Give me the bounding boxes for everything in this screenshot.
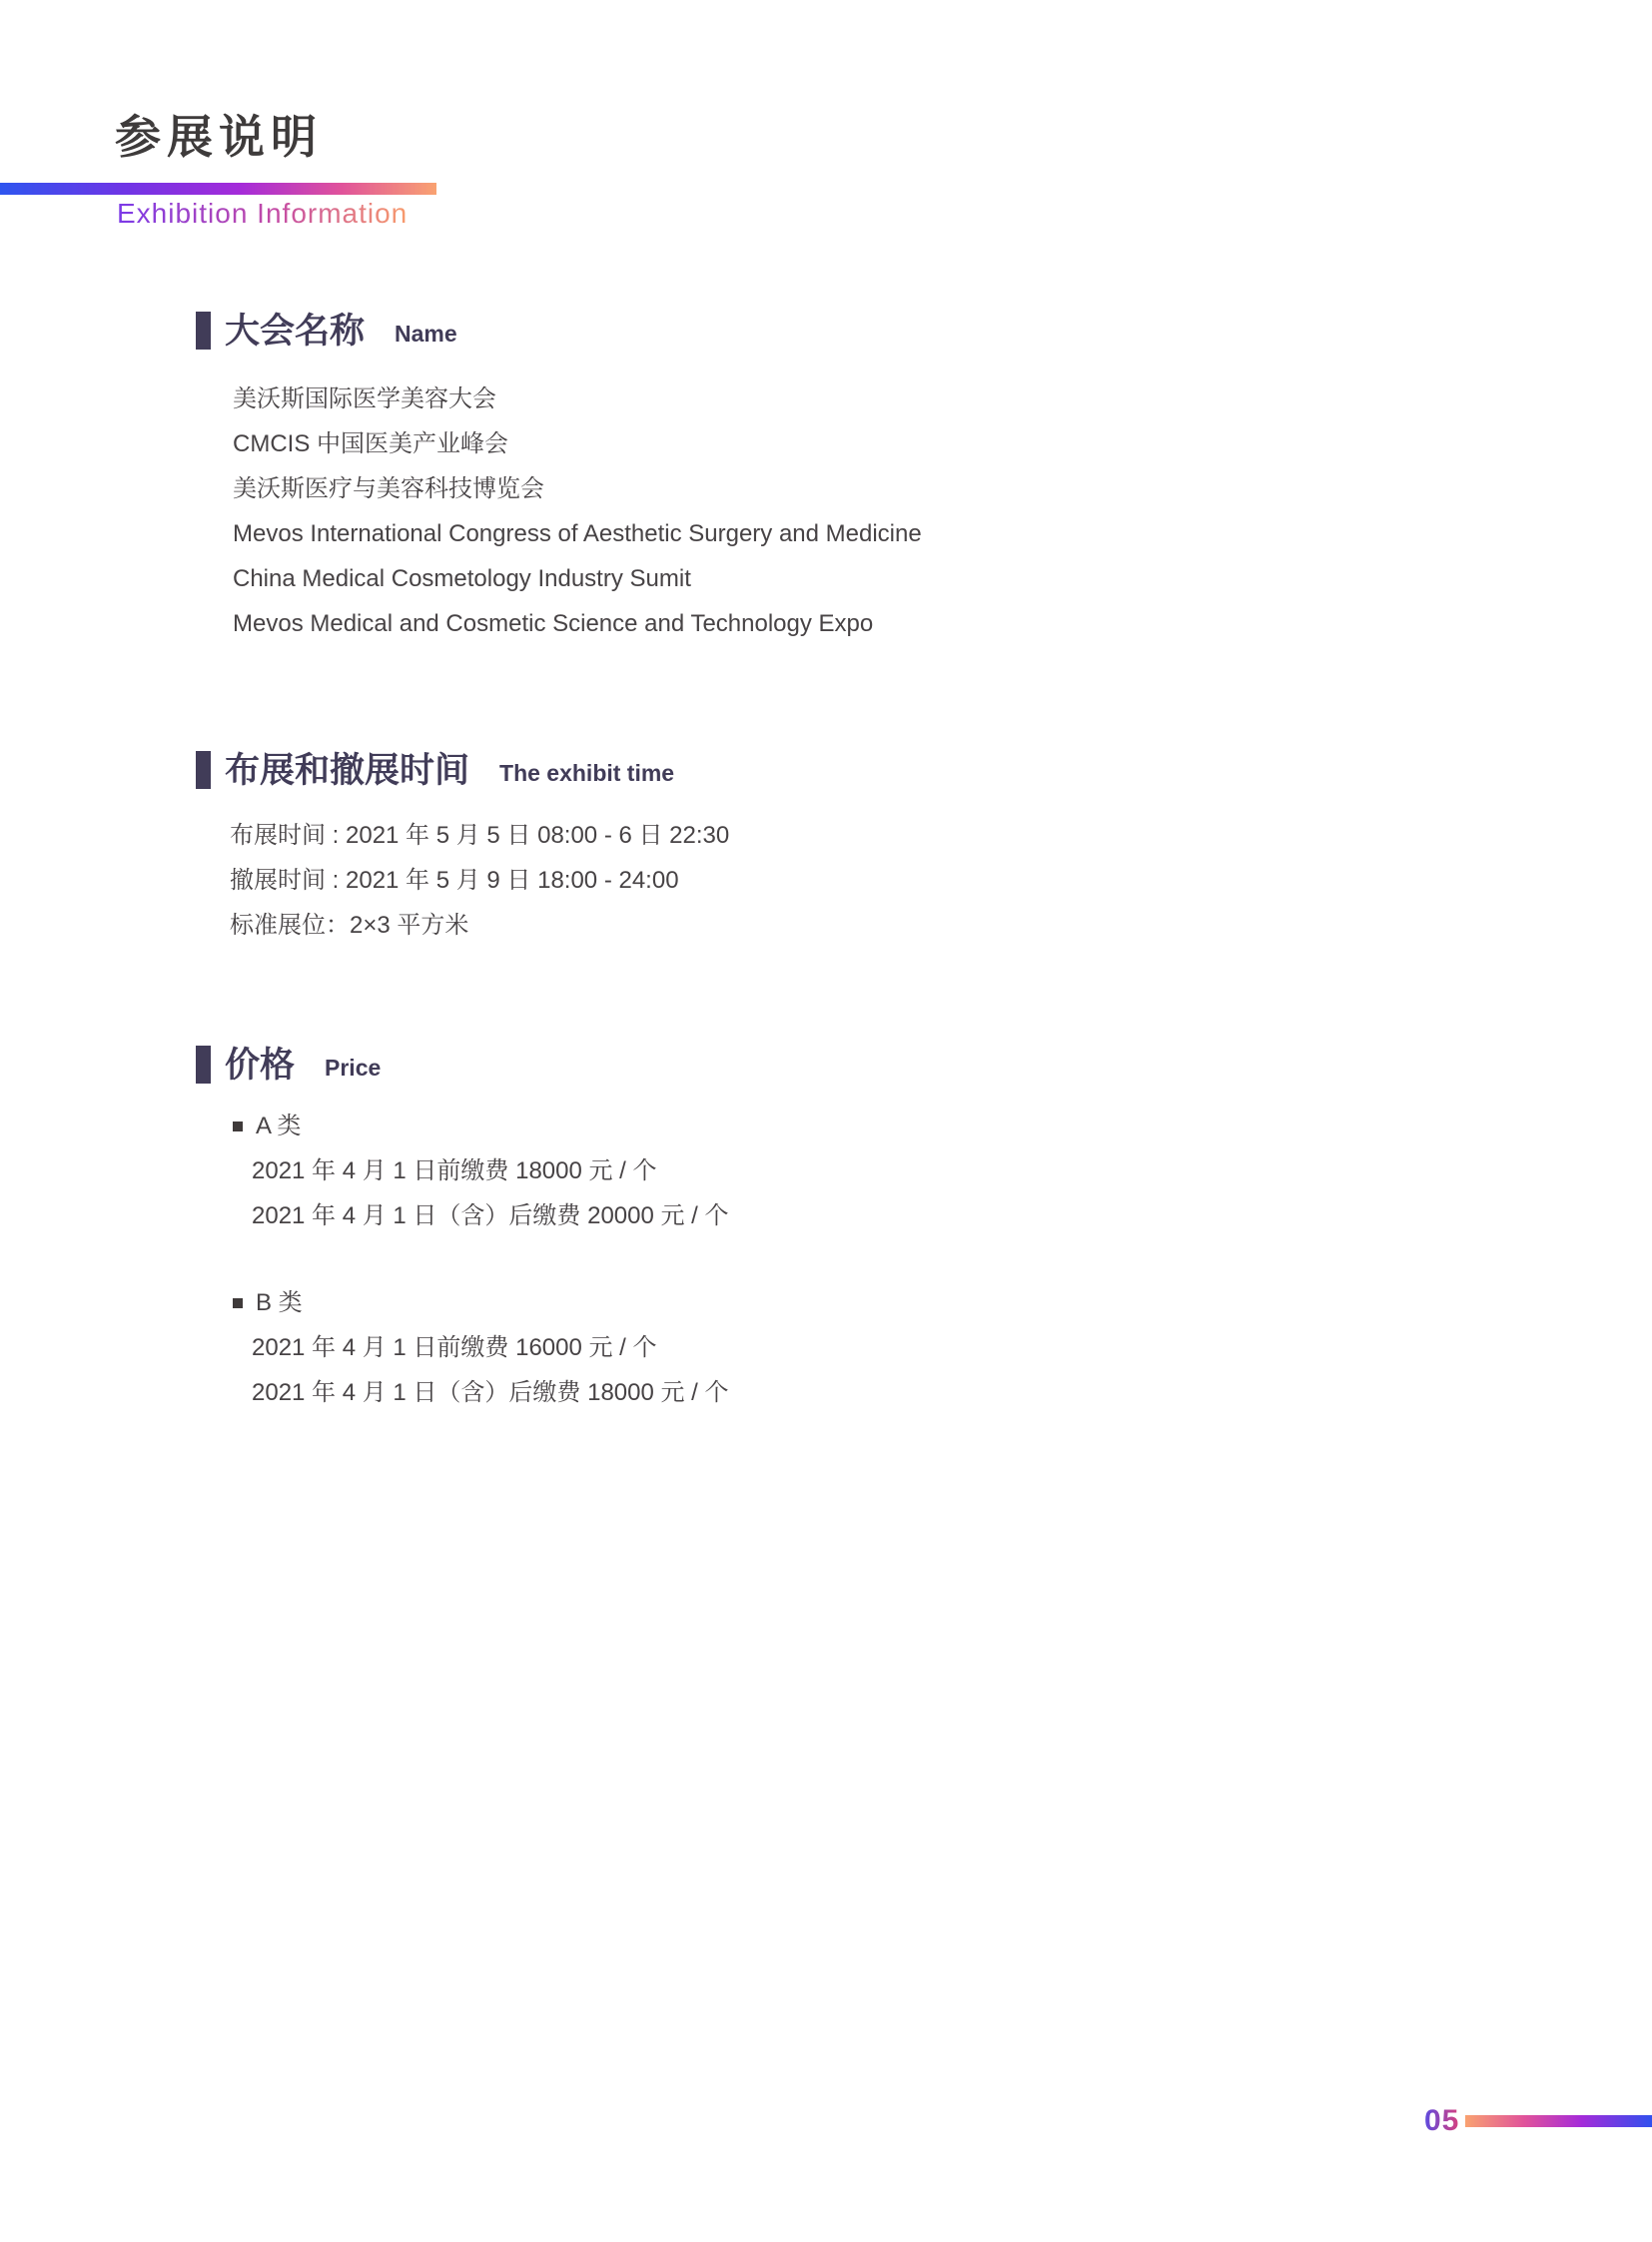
price-line: 2021 年 4 月 1 日前缴费 16000 元 / 个 bbox=[252, 1325, 729, 1370]
section-name: 大会名称 Name 美沃斯国际医学美容大会 CMCIS 中国医美产业峰会 美沃斯… bbox=[196, 311, 457, 353]
page-subtitle: Exhibition Information bbox=[117, 198, 408, 230]
bullet-square-icon bbox=[233, 1298, 243, 1308]
exhibit-time-line: 标准展位：2×3 平方米 bbox=[230, 903, 729, 948]
section-name-heading: 大会名称 Name bbox=[196, 311, 457, 353]
section-title-zh: 布展和撤展时间 bbox=[225, 750, 469, 792]
exhibit-time-list: 布展时间 : 2021 年 5 月 5 日 08:00 - 6 日 22:30 … bbox=[230, 813, 729, 948]
section-title-zh: 大会名称 bbox=[225, 311, 365, 353]
section-marker-bar bbox=[196, 1046, 211, 1084]
title-gradient-bar bbox=[0, 183, 436, 195]
document-page: 参展说明 Exhibition Information 大会名称 Name 美沃… bbox=[0, 0, 1652, 2242]
page-number: 05 bbox=[1424, 2104, 1459, 2138]
page-title: 参展说明 bbox=[115, 112, 323, 163]
exhibit-time-line: 布展时间 : 2021 年 5 月 5 日 08:00 - 6 日 22:30 bbox=[230, 813, 729, 858]
price-group-b-label-row: B 类 bbox=[233, 1287, 729, 1319]
section-time-heading: 布展和撤展时间 The exhibit time bbox=[196, 750, 674, 792]
price-group-b-lines: 2021 年 4 月 1 日前缴费 16000 元 / 个 2021 年 4 月… bbox=[252, 1325, 729, 1415]
price-group-label: A 类 bbox=[256, 1111, 301, 1142]
section-marker-bar bbox=[196, 312, 211, 350]
price-group-a: A 类 2021 年 4 月 1 日前缴费 18000 元 / 个 2021 年… bbox=[233, 1111, 729, 1238]
conference-name-line: China Medical Cosmetology Industry Sumit bbox=[233, 556, 922, 601]
section-marker-bar bbox=[196, 751, 211, 789]
conference-name-line: 美沃斯医疗与美容科技博览会 bbox=[233, 466, 922, 511]
footer-gradient-bar bbox=[1465, 2115, 1652, 2127]
section-title-en: Name bbox=[395, 321, 457, 353]
conference-name-list: 美沃斯国际医学美容大会 CMCIS 中国医美产业峰会 美沃斯医疗与美容科技博览会… bbox=[233, 376, 922, 646]
section-price: 价格 Price A 类 2021 年 4 月 1 日前缴费 18000 元 /… bbox=[196, 1045, 381, 1087]
exhibit-time-line: 撤展时间 : 2021 年 5 月 9 日 18:00 - 24:00 bbox=[230, 858, 729, 903]
price-line: 2021 年 4 月 1 日（含）后缴费 20000 元 / 个 bbox=[252, 1193, 729, 1238]
conference-name-line: Mevos International Congress of Aestheti… bbox=[233, 511, 922, 556]
price-group-a-lines: 2021 年 4 月 1 日前缴费 18000 元 / 个 2021 年 4 月… bbox=[252, 1148, 729, 1238]
section-title-zh: 价格 bbox=[225, 1045, 295, 1087]
section-price-heading: 价格 Price bbox=[196, 1045, 381, 1087]
conference-name-line: Mevos Medical and Cosmetic Science and T… bbox=[233, 601, 922, 646]
section-title-en: Price bbox=[325, 1055, 381, 1087]
section-exhibit-time: 布展和撤展时间 The exhibit time 布展时间 : 2021 年 5… bbox=[196, 750, 674, 792]
price-group-b: B 类 2021 年 4 月 1 日前缴费 16000 元 / 个 2021 年… bbox=[233, 1287, 729, 1415]
conference-name-line: 美沃斯国际医学美容大会 bbox=[233, 376, 922, 421]
section-title-en: The exhibit time bbox=[499, 760, 674, 792]
price-line: 2021 年 4 月 1 日前缴费 18000 元 / 个 bbox=[252, 1148, 729, 1193]
price-group-label: B 类 bbox=[256, 1287, 303, 1319]
price-group-a-label-row: A 类 bbox=[233, 1111, 729, 1142]
price-line: 2021 年 4 月 1 日（含）后缴费 18000 元 / 个 bbox=[252, 1370, 729, 1415]
conference-name-line: CMCIS 中国医美产业峰会 bbox=[233, 421, 922, 466]
bullet-square-icon bbox=[233, 1121, 243, 1131]
